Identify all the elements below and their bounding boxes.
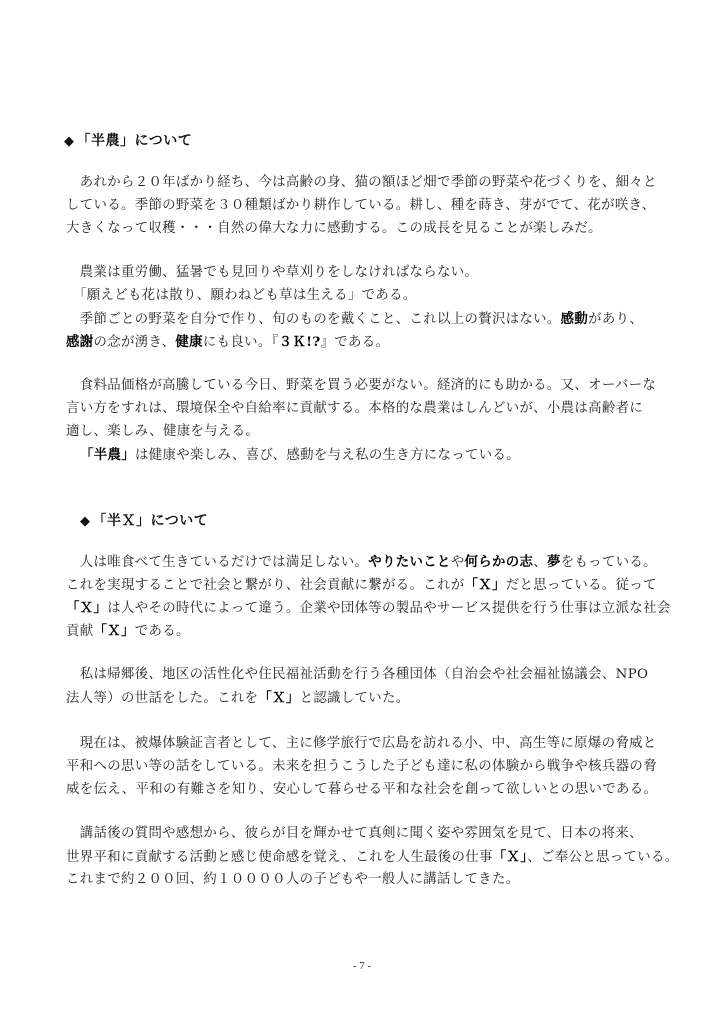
- text-segment: これを実現することで社会と繋がり、社会貢献に繋がる。これが: [66, 578, 464, 593]
- text-line: 講話後の質問や感想から、彼らが目を輝かせて真剣に聞く姿や雰囲気を見て、日本の将来…: [66, 824, 643, 844]
- text-segment: をもっている。: [561, 555, 657, 570]
- bold-keyword: 「Ｘ」: [493, 849, 528, 865]
- text-segment: と認識していた。: [300, 691, 410, 706]
- text-segment: 貢献: [66, 624, 93, 639]
- text-line: 貢献「Ｘ」である。: [66, 621, 190, 642]
- page-number: - 7 -: [0, 960, 724, 972]
- text-segment: は人やその時代によって違う。企業や団体等の製品やサービス提供を行う仕事は立派な社…: [107, 601, 670, 616]
- bold-keyword: 感謝: [66, 334, 93, 350]
- text-line: している。季節の野菜を３０種類ばかり耕作している。耕し、種を蒔き、芽がでて、花が…: [66, 196, 656, 216]
- text-line: 大きくなって収穫・・・自然の偉大な力に感動する。この成長を見ることが楽しみだ。: [66, 219, 602, 239]
- bold-keyword: ３Ｋ!?: [279, 334, 321, 350]
- text-segment: にも良い。『: [203, 335, 279, 350]
- text-segment: 、ご奉公と思っている。: [527, 850, 678, 865]
- text-line: 「半農」は健康や楽しみ、喜び、感動を与え私の生き方になっている。: [80, 445, 520, 466]
- section-title: 「半Ｘ」について: [93, 513, 209, 529]
- text-segment: の念が湧き、: [93, 335, 175, 350]
- bold-keyword: 健康: [175, 334, 202, 350]
- section-heading-han-x: ◆「半Ｘ」について: [80, 510, 208, 530]
- text-segment: だと思っている。従って: [506, 578, 657, 593]
- text-segment: 法人等）の世話をした。これを: [66, 691, 258, 706]
- text-line: 世界平和に貢献する活動と感じ使命感を覚え、これを人生最後の仕事「Ｘ」、ご奉公と思…: [66, 847, 678, 868]
- text-line: 平和への思い等の話をしている。未来を担うこうした子ども達に私の体験から戦争や核兵…: [66, 757, 657, 777]
- text-segment: である。: [135, 624, 190, 639]
- text-segment: 季節ごとの野菜を自分で作り、旬のものを戴くこと、これ以上の贅沢はない。: [66, 312, 561, 327]
- text-line: 言い方をすれは、環境保全や自給率に貢献する。本格的な農業はしんどいが、小農は高齢…: [66, 399, 643, 419]
- bold-keyword: 「半農」: [80, 447, 135, 463]
- text-segment: があり、: [588, 312, 643, 327]
- bold-keyword: 「Ｘ」: [93, 623, 134, 639]
- text-segment: 人は唯食べて生きているだけでは満足しない。: [66, 555, 368, 570]
- text-line: 適し、楽しみ、健康を与える。: [66, 422, 259, 442]
- text-segment: は健康や楽しみ、喜び、感動を与え私の生き方になっている。: [135, 448, 520, 463]
- text-line: 現在は、被爆体験証言者として、主に修学旅行で広島を訪れる小、中、高生等に原爆の脅…: [66, 734, 657, 754]
- bold-keyword: 何らかの志: [465, 554, 534, 570]
- text-line: 「願えども花は散り、願わねども草は生える」である。: [66, 286, 417, 306]
- text-segment: 世界平和に貢献する活動と感じ使命感を覚え、これを人生最後の仕事: [66, 850, 493, 865]
- text-line: 季節ごとの野菜を自分で作り、旬のものを戴くこと、これ以上の贅沢はない。感動があり…: [66, 309, 643, 330]
- text-line: 感謝の念が湧き、健康にも良い。『３Ｋ!?』である。: [66, 332, 389, 353]
- document-page: ◆「半農」について あれから２０年ばかり経ち、今は高齢の身、猫の額ほど畑で季節の…: [0, 0, 724, 1024]
- text-line: 食料品価格が高騰している今日、野菜を買う必要がない。経済的にも助かる。又、オーバ…: [66, 376, 656, 396]
- text-line: 私は帰郷後、地区の活性化や住民福祉活動を行う各種団体（自治会や社会福祉協議会、N…: [66, 665, 648, 685]
- bold-keyword: 「Ｘ」: [258, 690, 299, 706]
- bold-keyword: 感動: [561, 311, 588, 327]
- text-line: 人は唯食べて生きているだけでは満足しない。やりたいことや何らかの志、夢をもってい…: [66, 552, 657, 573]
- bold-keyword: やりたいこと: [368, 554, 450, 570]
- bold-keyword: 「Ｘ」: [464, 577, 505, 593]
- section-title: 「半農」について: [77, 133, 193, 149]
- text-line: これまで約２００回、約１００００人の子どもや一般人に講話してきた。: [66, 870, 519, 890]
- text-segment: 』である。: [321, 335, 390, 350]
- text-line: 「Ｘ」は人やその時代によって違う。企業や団体等の製品やサービス提供を行う仕事は立…: [66, 598, 671, 619]
- text-segment: や: [451, 555, 465, 570]
- text-line: 農業は重労働、猛暑でも見回りや草刈りをしなければならない。: [66, 263, 478, 283]
- bold-keyword: 「Ｘ」: [66, 600, 107, 616]
- bold-keyword: 夢: [547, 554, 561, 570]
- text-line: 威を伝え、平和の有難さを知り、安心して暮らせる平和な社会を創って欲しいとの思いで…: [66, 780, 657, 800]
- diamond-bullet-icon: ◆: [80, 514, 91, 529]
- section-heading-hannou: ◆「半農」について: [64, 130, 192, 150]
- text-line: あれから２０年ばかり経ち、今は高齢の身、猫の額ほど畑で季節の野菜や花づくりを、細…: [66, 173, 657, 193]
- text-line: これを実現することで社会と繋がり、社会貢献に繋がる。これが「Ｘ」だと思っている。…: [66, 575, 657, 596]
- diamond-bullet-icon: ◆: [64, 134, 75, 149]
- text-line: 法人等）の世話をした。これを「Ｘ」と認識していた。: [66, 688, 410, 709]
- text-segment: 、: [533, 555, 547, 570]
